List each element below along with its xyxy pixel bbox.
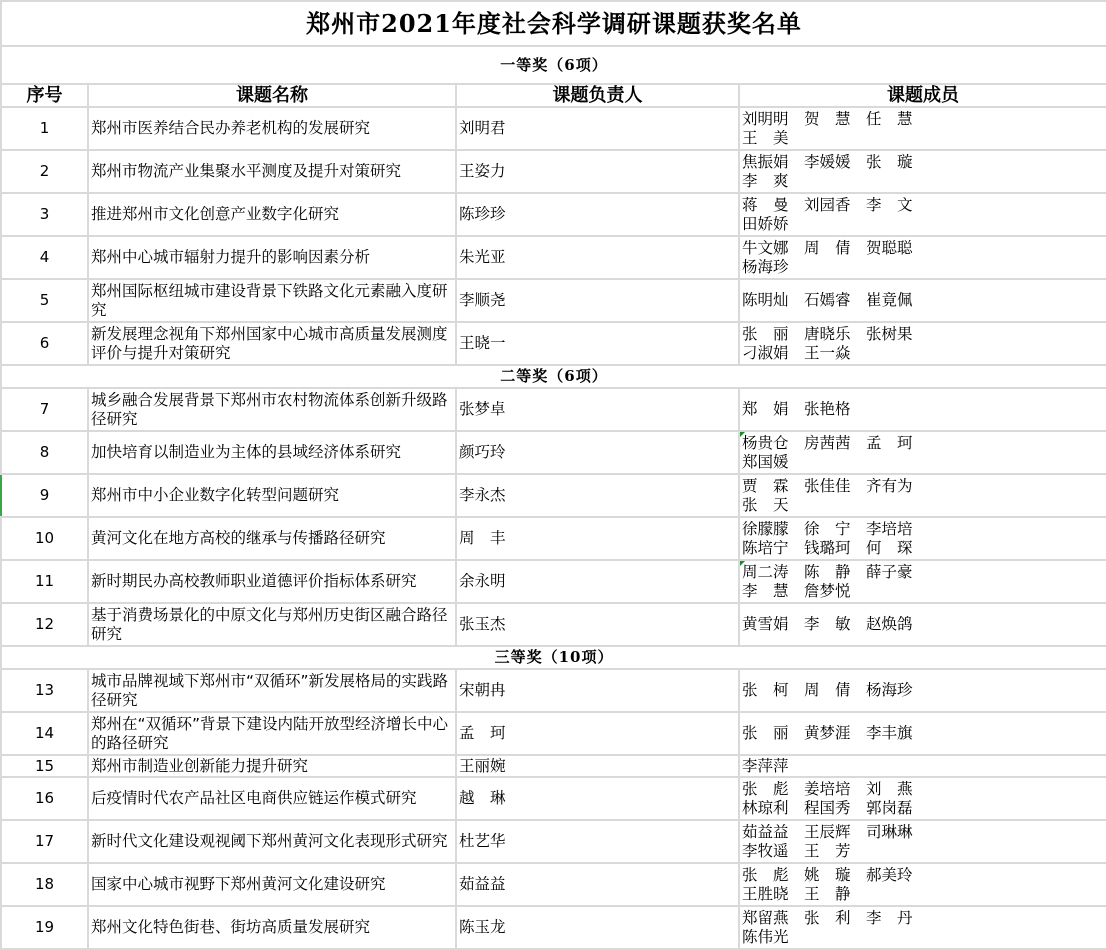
cell-members[interactable]: 牛文娜 周 倩 贺聪聪杨海珍 — [739, 236, 1106, 279]
member-line: 王胜晓 王 静 — [742, 885, 1106, 904]
cell-leader[interactable]: 张玉杰 — [456, 603, 739, 646]
cell-topic[interactable]: 郑州在“双循环”背景下建设内陆开放型经济增长中心的路径研究 — [88, 712, 456, 755]
cell-topic[interactable]: 加快培育以制造业为主体的县域经济体系研究 — [88, 431, 456, 474]
cell-leader[interactable]: 杜艺华 — [456, 820, 739, 863]
column-header-row: 序号课题名称课题负责人课题成员 — [1, 84, 1106, 107]
cell-index[interactable]: 10 — [1, 517, 88, 560]
cell-members[interactable]: 张 柯 周 倩 杨海珍 — [739, 669, 1106, 712]
cell-index[interactable]: 17 — [1, 820, 88, 863]
table-row: 14郑州在“双循环”背景下建设内陆开放型经济增长中心的路径研究孟 珂张 丽 黄梦… — [1, 712, 1106, 755]
cell-topic[interactable]: 新时代文化建设观视阈下郑州黄河文化表现形式研究 — [88, 820, 456, 863]
member-line: 张 丽 唐晓乐 张树果 — [742, 325, 1106, 344]
award-list-sheet: 郑州市2021年度社会科学调研课题获奖名单 一等奖（6项）序号课题名称课题负责人… — [0, 0, 1106, 950]
cell-members[interactable]: 焦振娟 李媛媛 张 璇李 爽 — [739, 150, 1106, 193]
cell-leader[interactable]: 宋朝冉 — [456, 669, 739, 712]
title-row: 郑州市2021年度社会科学调研课题获奖名单 — [1, 1, 1106, 46]
member-line: 刁淑娟 王一焱 — [742, 344, 1106, 363]
cell-leader[interactable]: 王姿力 — [456, 150, 739, 193]
cell-index[interactable]: 7 — [1, 388, 88, 431]
cell-index[interactable]: 15 — [1, 755, 88, 777]
section-header[interactable]: 二等奖（6项） — [1, 365, 1106, 388]
cell-index[interactable]: 16 — [1, 777, 88, 820]
member-line: 郑国媛 — [742, 453, 1106, 472]
column-header-topic[interactable]: 课题名称 — [88, 84, 456, 107]
cell-leader[interactable]: 陈珍珍 — [456, 193, 739, 236]
member-line: 李牧遥 王 芳 — [742, 842, 1106, 861]
table-row: 16后疫情时代农产品社区电商供应链运作模式研究越 琳张 彪 姜培培 刘 燕林琼利… — [1, 777, 1106, 820]
member-line: 郑 娟 张艳格 — [742, 400, 1106, 419]
cell-members[interactable]: 黄雪娟 李 敏 赵焕鸽 — [739, 603, 1106, 646]
cell-topic[interactable]: 郑州文化特色街巷、街坊高质量发展研究 — [88, 906, 456, 949]
member-line: 李 慧 詹梦悦 — [742, 582, 1106, 601]
comment-indicator-icon — [740, 561, 745, 566]
cell-leader[interactable]: 周 丰 — [456, 517, 739, 560]
cell-members[interactable]: 郑 娟 张艳格 — [739, 388, 1106, 431]
member-line: 陈明灿 石嫣睿 崔竟佩 — [742, 291, 1106, 310]
section-header[interactable]: 三等奖（10项） — [1, 646, 1106, 669]
cell-leader[interactable]: 刘明君 — [456, 107, 739, 150]
cell-leader[interactable]: 李永杰 — [456, 474, 739, 517]
member-line: 蒋 曼 刘园香 李 文 — [742, 196, 1106, 215]
section-header[interactable]: 一等奖（6项） — [1, 46, 1106, 84]
cell-index[interactable]: 2 — [1, 150, 88, 193]
table-row: 13城市品牌视域下郑州市“双循环”新发展格局的实践路径研究宋朝冉张 柯 周 倩 … — [1, 669, 1106, 712]
member-line: 茹益益 王辰辉 司琳琳 — [742, 823, 1106, 842]
table-row: 7城乡融合发展背景下郑州市农村物流体系创新升级路径研究张梦卓郑 娟 张艳格 — [1, 388, 1106, 431]
member-line: 张 彪 姜培培 刘 燕 — [742, 780, 1106, 799]
table-row: 10黄河文化在地方高校的继承与传播路径研究周 丰徐朦朦 徐 宁 李培培陈培宁 钱… — [1, 517, 1106, 560]
cell-topic[interactable]: 城市品牌视域下郑州市“双循环”新发展格局的实践路径研究 — [88, 669, 456, 712]
cell-index[interactable]: 5 — [1, 279, 88, 322]
member-line: 贾 霖 张佳佳 齐有为 — [742, 477, 1106, 496]
cell-leader[interactable]: 张梦卓 — [456, 388, 739, 431]
member-line: 杨贵仓 房茜茜 孟 珂 — [742, 434, 1106, 453]
cell-members[interactable]: 徐朦朦 徐 宁 李培培陈培宁 钱璐珂 何 琛 — [739, 517, 1106, 560]
member-line: 林琼利 程国秀 郭岗磊 — [742, 799, 1106, 818]
member-line: 陈伟光 — [742, 928, 1106, 947]
table-row: 4郑州中心城市辐射力提升的影响因素分析朱光亚牛文娜 周 倩 贺聪聪杨海珍 — [1, 236, 1106, 279]
cell-topic[interactable]: 黄河文化在地方高校的继承与传播路径研究 — [88, 517, 456, 560]
member-line: 周二涛 陈 静 薛子豪 — [742, 563, 1106, 582]
table-row: 5郑州国际枢纽城市建设背景下铁路文化元素融入度研究李顺尧陈明灿 石嫣睿 崔竟佩 — [1, 279, 1106, 322]
cell-topic[interactable]: 新时期民办高校教师职业道德评价指标体系研究 — [88, 560, 456, 603]
cell-index[interactable]: 19 — [1, 906, 88, 949]
member-line: 田娇娇 — [742, 215, 1106, 234]
column-header-members[interactable]: 课题成员 — [739, 84, 1106, 107]
table-row: 11新时期民办高校教师职业道德评价指标体系研究余永明周二涛 陈 静 薛子豪李 慧… — [1, 560, 1106, 603]
member-line: 牛文娜 周 倩 贺聪聪 — [742, 239, 1106, 258]
cell-members[interactable]: 杨贵仓 房茜茜 孟 珂郑国媛 — [739, 431, 1106, 474]
member-line: 张 天 — [742, 496, 1106, 515]
member-line: 李萍萍 — [742, 757, 1106, 776]
table-row: 19郑州文化特色街巷、街坊高质量发展研究陈玉龙郑留燕 张 利 李 丹陈伟光 — [1, 906, 1106, 949]
cell-members[interactable]: 张 丽 唐晓乐 张树果刁淑娟 王一焱 — [739, 322, 1106, 365]
member-line: 李 爽 — [742, 172, 1106, 191]
section-header-row: 二等奖（6项） — [1, 365, 1106, 388]
cell-leader[interactable]: 茹益益 — [456, 863, 739, 906]
cell-index[interactable]: 18 — [1, 863, 88, 906]
member-line: 徐朦朦 徐 宁 李培培 — [742, 520, 1106, 539]
cell-topic[interactable]: 推进郑州市文化创意产业数字化研究 — [88, 193, 456, 236]
member-line: 张 彪 姚 璇 郝美玲 — [742, 866, 1106, 885]
section-header-row: 三等奖（10项） — [1, 646, 1106, 669]
member-line: 张 丽 黄梦涯 李丰旗 — [742, 724, 1106, 743]
member-line: 焦振娟 李媛媛 张 璇 — [742, 153, 1106, 172]
table-row: 17新时代文化建设观视阈下郑州黄河文化表现形式研究杜艺华茹益益 王辰辉 司琳琳李… — [1, 820, 1106, 863]
cell-topic[interactable]: 城乡融合发展背景下郑州市农村物流体系创新升级路径研究 — [88, 388, 456, 431]
cell-topic[interactable]: 郑州市制造业创新能力提升研究 — [88, 755, 456, 777]
cell-index[interactable]: 6 — [1, 322, 88, 365]
cell-leader[interactable]: 王晓一 — [456, 322, 739, 365]
cell-index[interactable]: 12 — [1, 603, 88, 646]
table-row: 1郑州市医养结合民办养老机构的发展研究刘明君刘明明 贺 慧 任 慧王 美 — [1, 107, 1106, 150]
member-line: 刘明明 贺 慧 任 慧 — [742, 110, 1106, 129]
cell-index[interactable]: 4 — [1, 236, 88, 279]
cell-index[interactable]: 3 — [1, 193, 88, 236]
table-row: 9郑州市中小企业数字化转型问题研究李永杰贾 霖 张佳佳 齐有为张 天 — [1, 474, 1106, 517]
member-line: 郑留燕 张 利 李 丹 — [742, 909, 1106, 928]
member-line: 陈培宁 钱璐珂 何 琛 — [742, 539, 1106, 558]
cell-members[interactable]: 郑留燕 张 利 李 丹陈伟光 — [739, 906, 1106, 949]
cell-topic[interactable]: 新发展理念视角下郑州国家中心城市高质量发展测度评价与提升对策研究 — [88, 322, 456, 365]
cell-members[interactable]: 茹益益 王辰辉 司琳琳李牧遥 王 芳 — [739, 820, 1106, 863]
cell-topic[interactable]: 郑州中心城市辐射力提升的影响因素分析 — [88, 236, 456, 279]
cell-index[interactable]: 11 — [1, 560, 88, 603]
comment-indicator-icon — [740, 432, 745, 437]
sheet-title[interactable]: 郑州市2021年度社会科学调研课题获奖名单 — [1, 1, 1106, 46]
cell-leader[interactable]: 陈玉龙 — [456, 906, 739, 949]
cell-topic[interactable]: 基于消费场景化的中原文化与郑州历史街区融合路径研究 — [88, 603, 456, 646]
cell-members[interactable]: 张 彪 姜培培 刘 燕林琼利 程国秀 郭岗磊 — [739, 777, 1106, 820]
table-row: 2郑州市物流产业集聚水平测度及提升对策研究王姿力焦振娟 李媛媛 张 璇李 爽 — [1, 150, 1106, 193]
table-row: 12基于消费场景化的中原文化与郑州历史街区融合路径研究张玉杰黄雪娟 李 敏 赵焕… — [1, 603, 1106, 646]
member-line: 黄雪娟 李 敏 赵焕鸽 — [742, 615, 1106, 634]
cell-index[interactable]: 8 — [1, 431, 88, 474]
cell-members[interactable]: 张 彪 姚 璇 郝美玲王胜晓 王 静 — [739, 863, 1106, 906]
cell-leader[interactable]: 余永明 — [456, 560, 739, 603]
cell-topic[interactable]: 郑州国际枢纽城市建设背景下铁路文化元素融入度研究 — [88, 279, 456, 322]
cell-leader[interactable]: 朱光亚 — [456, 236, 739, 279]
cell-topic[interactable]: 郑州市医养结合民办养老机构的发展研究 — [88, 107, 456, 150]
table-row: 8加快培育以制造业为主体的县域经济体系研究颜巧玲杨贵仓 房茜茜 孟 珂郑国媛 — [1, 431, 1106, 474]
column-header-index[interactable]: 序号 — [1, 84, 88, 107]
cell-leader[interactable]: 李顺尧 — [456, 279, 739, 322]
table-row: 6新发展理念视角下郑州国家中心城市高质量发展测度评价与提升对策研究王晓一张 丽 … — [1, 322, 1106, 365]
cell-leader[interactable]: 王丽婉 — [456, 755, 739, 777]
cell-members[interactable]: 刘明明 贺 慧 任 慧王 美 — [739, 107, 1106, 150]
table-row: 15郑州市制造业创新能力提升研究王丽婉李萍萍 — [1, 755, 1106, 777]
column-header-leader[interactable]: 课题负责人 — [456, 84, 739, 107]
cell-topic[interactable]: 后疫情时代农产品社区电商供应链运作模式研究 — [88, 777, 456, 820]
cell-members[interactable]: 李萍萍 — [739, 755, 1106, 777]
cell-members[interactable]: 贾 霖 张佳佳 齐有为张 天 — [739, 474, 1106, 517]
cell-index[interactable]: 9 — [1, 474, 88, 517]
cell-members[interactable]: 周二涛 陈 静 薛子豪李 慧 詹梦悦 — [739, 560, 1106, 603]
cell-leader[interactable]: 越 琳 — [456, 777, 739, 820]
cell-index[interactable]: 14 — [1, 712, 88, 755]
cell-topic[interactable]: 国家中心城市视野下郑州黄河文化建设研究 — [88, 863, 456, 906]
member-line: 杨海珍 — [742, 258, 1106, 277]
cell-members[interactable]: 蒋 曼 刘园香 李 文田娇娇 — [739, 193, 1106, 236]
cell-topic[interactable]: 郑州市中小企业数字化转型问题研究 — [88, 474, 456, 517]
cell-members[interactable]: 陈明灿 石嫣睿 崔竟佩 — [739, 279, 1106, 322]
cell-leader[interactable]: 颜巧玲 — [456, 431, 739, 474]
cell-members[interactable]: 张 丽 黄梦涯 李丰旗 — [739, 712, 1106, 755]
member-line: 王 美 — [742, 129, 1106, 148]
cell-index[interactable]: 1 — [1, 107, 88, 150]
table-row: 18国家中心城市视野下郑州黄河文化建设研究茹益益张 彪 姚 璇 郝美玲王胜晓 王… — [1, 863, 1106, 906]
cell-topic[interactable]: 郑州市物流产业集聚水平测度及提升对策研究 — [88, 150, 456, 193]
table-row: 3推进郑州市文化创意产业数字化研究陈珍珍蒋 曼 刘园香 李 文田娇娇 — [1, 193, 1106, 236]
cell-index[interactable]: 13 — [1, 669, 88, 712]
section-header-row: 一等奖（6项） — [1, 46, 1106, 84]
member-line: 张 柯 周 倩 杨海珍 — [742, 681, 1106, 700]
cell-leader[interactable]: 孟 珂 — [456, 712, 739, 755]
